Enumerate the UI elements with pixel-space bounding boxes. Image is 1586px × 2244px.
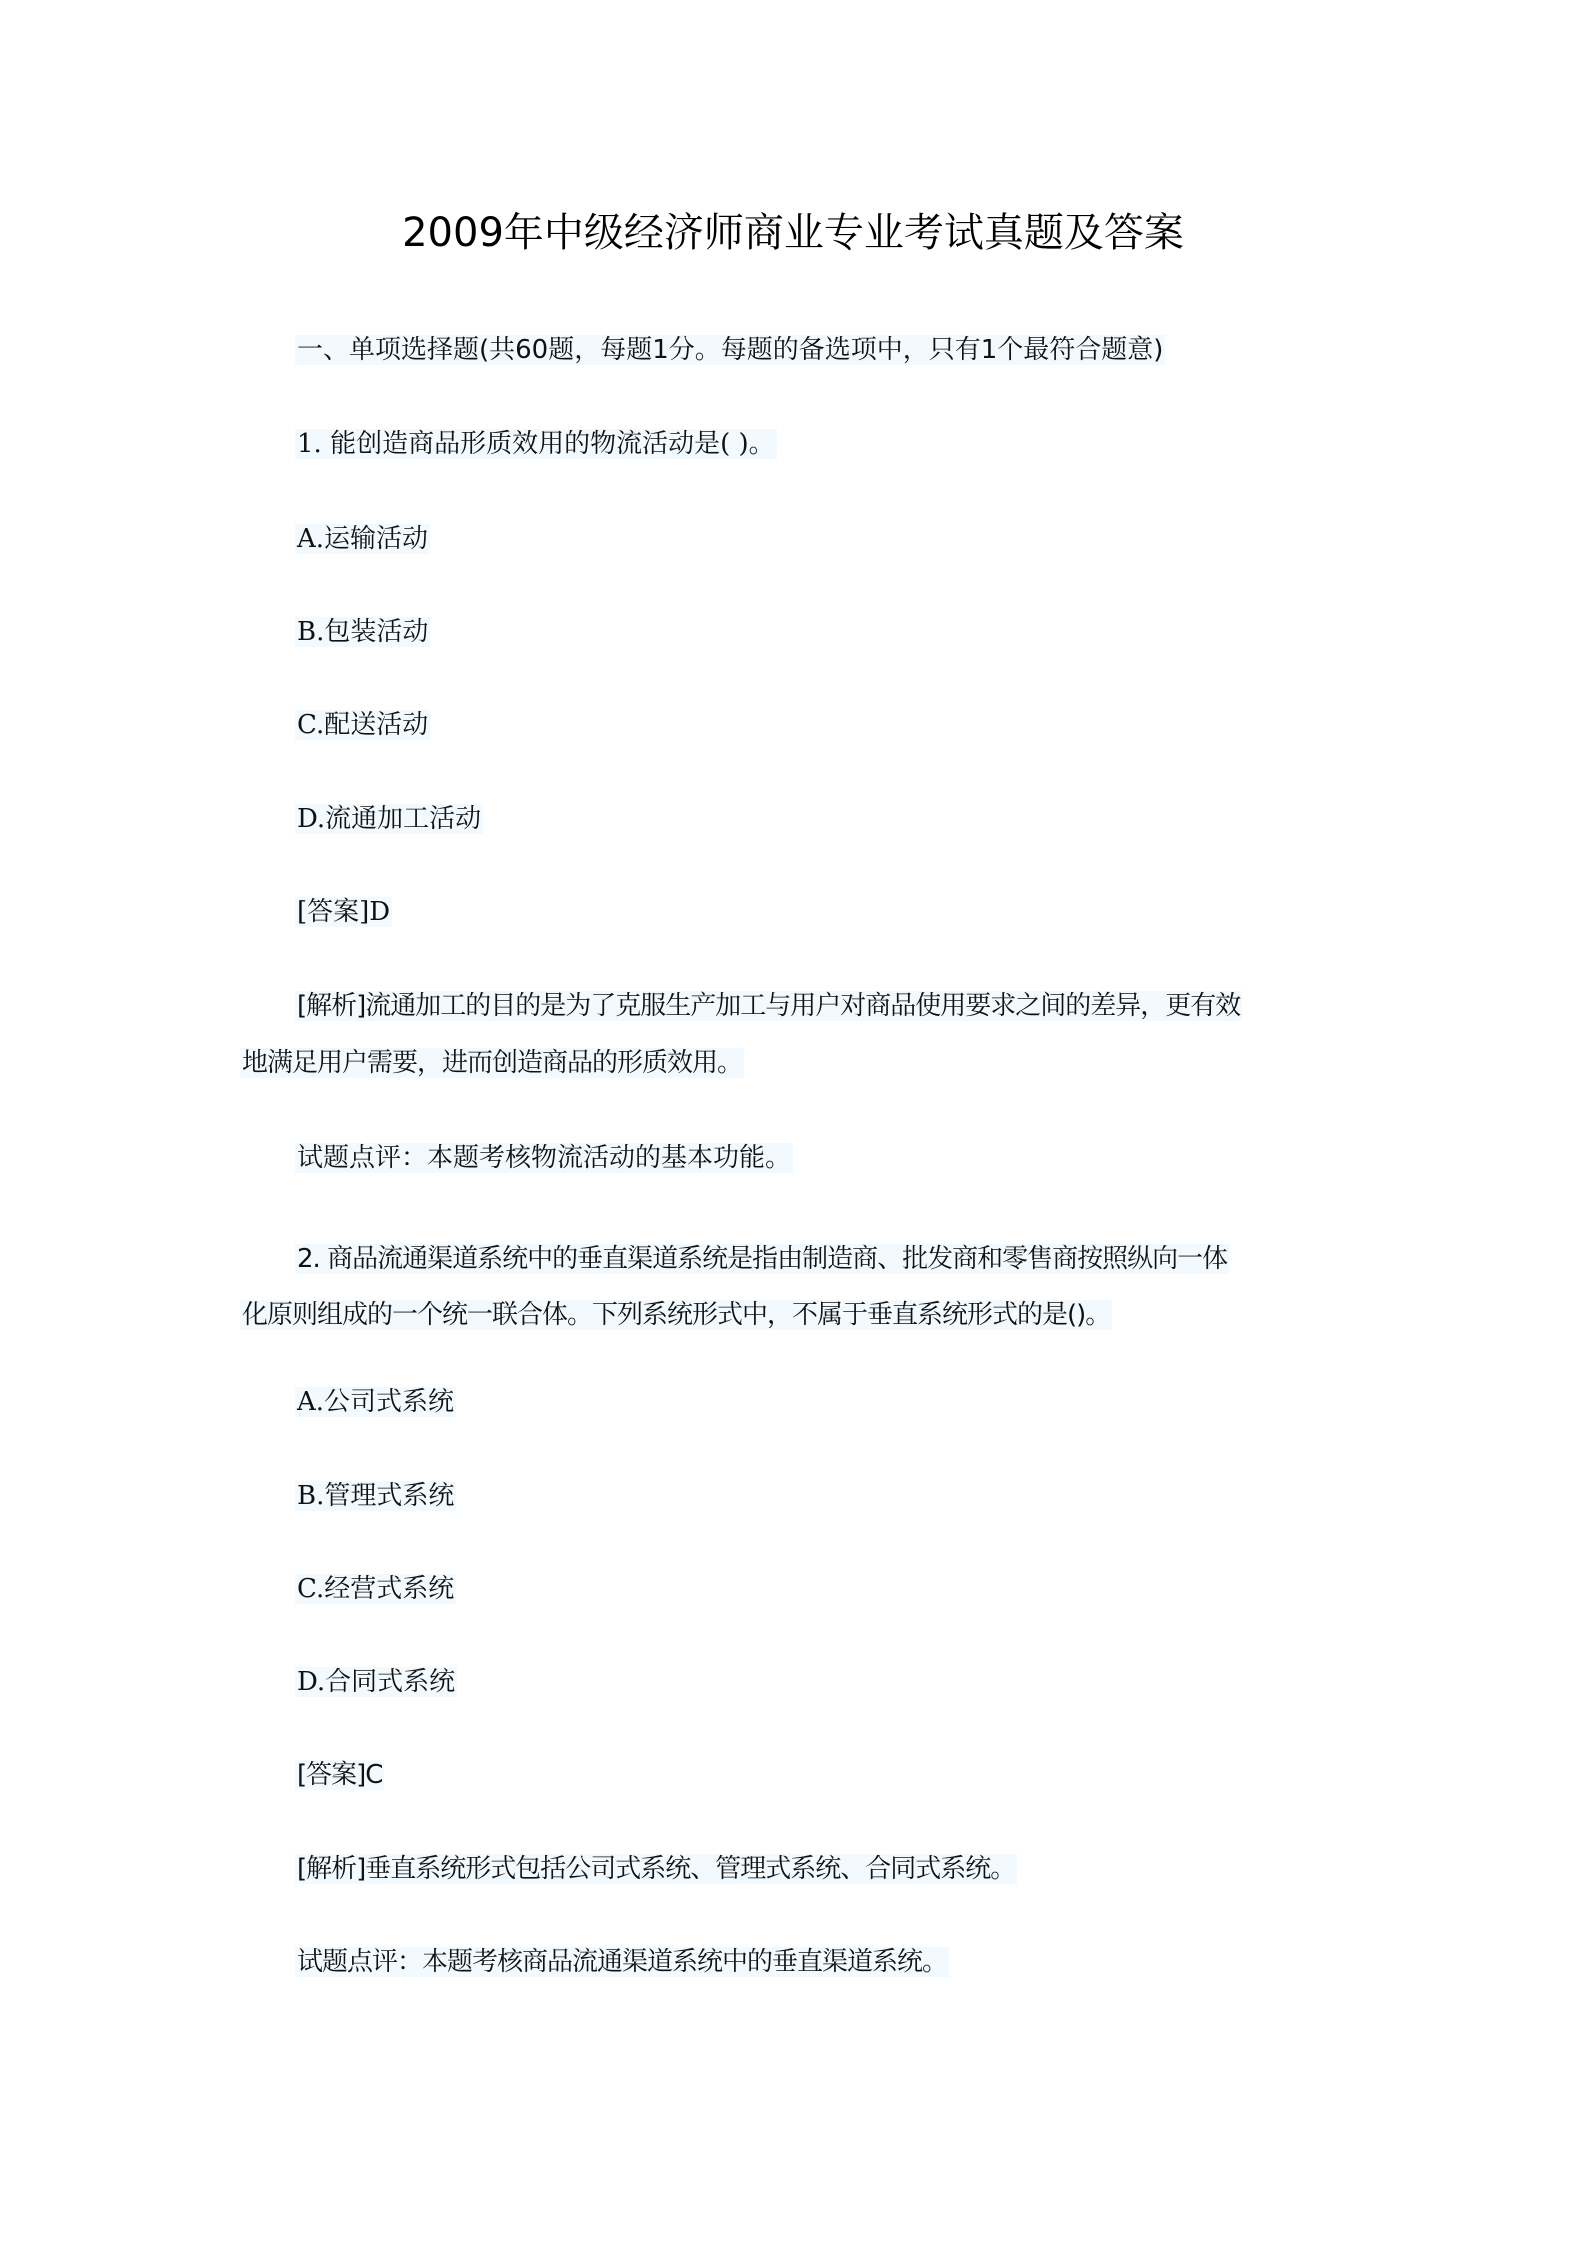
question-2-stem-line1: 2. 商品流通渠道系统中的垂直渠道系统是指由制造商、批发商和零售商按照纵向一体 [295,1241,1229,1277]
question-1-comment: 试题点评：本题考核物流活动的基本功能。 [295,1140,793,1176]
document-page: 2009年中级经济师商业专业考试真题及答案 一、单项选择题(共60题，每题1分。… [0,0,1586,2244]
document-title: 2009年中级经济师商业专业考试真题及答案 [0,205,1586,261]
question-1-option-b: B.包装活动 [295,614,430,650]
question-2-stem-line2: 化原则组成的一个统一联合体。下列系统形式中，不属于垂直系统形式的是()。 [240,1297,1112,1333]
question-2-comment: 试题点评：本题考核商品流通渠道系统中的垂直渠道系统。 [295,1944,949,1980]
question-2-option-a: A.公司式系统 [295,1384,456,1420]
question-2-option-b: B.管理式系统 [295,1478,456,1514]
question-1-analysis-line2: 地满足用户需要，进而创造商品的形质效用。 [240,1045,744,1081]
question-2-option-c: C.经营式系统 [295,1571,456,1607]
question-1-stem: 1. 能创造商品形质效用的物流活动是( )。 [295,426,777,462]
question-1-answer: [答案]D [295,894,392,930]
section-heading: 一、单项选择题(共60题，每题1分。每题的备选项中，只有1个最符合题意) [295,332,1165,368]
question-1-analysis-line1: [解析]流通加工的目的是为了克服生产加工与用户对商品使用要求之间的差异，更有效 [295,988,1242,1024]
question-2-option-d: D.合同式系统 [295,1664,457,1700]
question-2-answer: [答案]C [295,1757,384,1793]
question-1-option-c: C.配送活动 [295,707,430,743]
question-1-option-a: A.运输活动 [295,521,430,557]
question-1-option-d: D.流通加工活动 [295,801,483,837]
question-2-analysis: [解析]垂直系统形式包括公司式系统、管理式系统、合同式系统。 [295,1851,1017,1887]
